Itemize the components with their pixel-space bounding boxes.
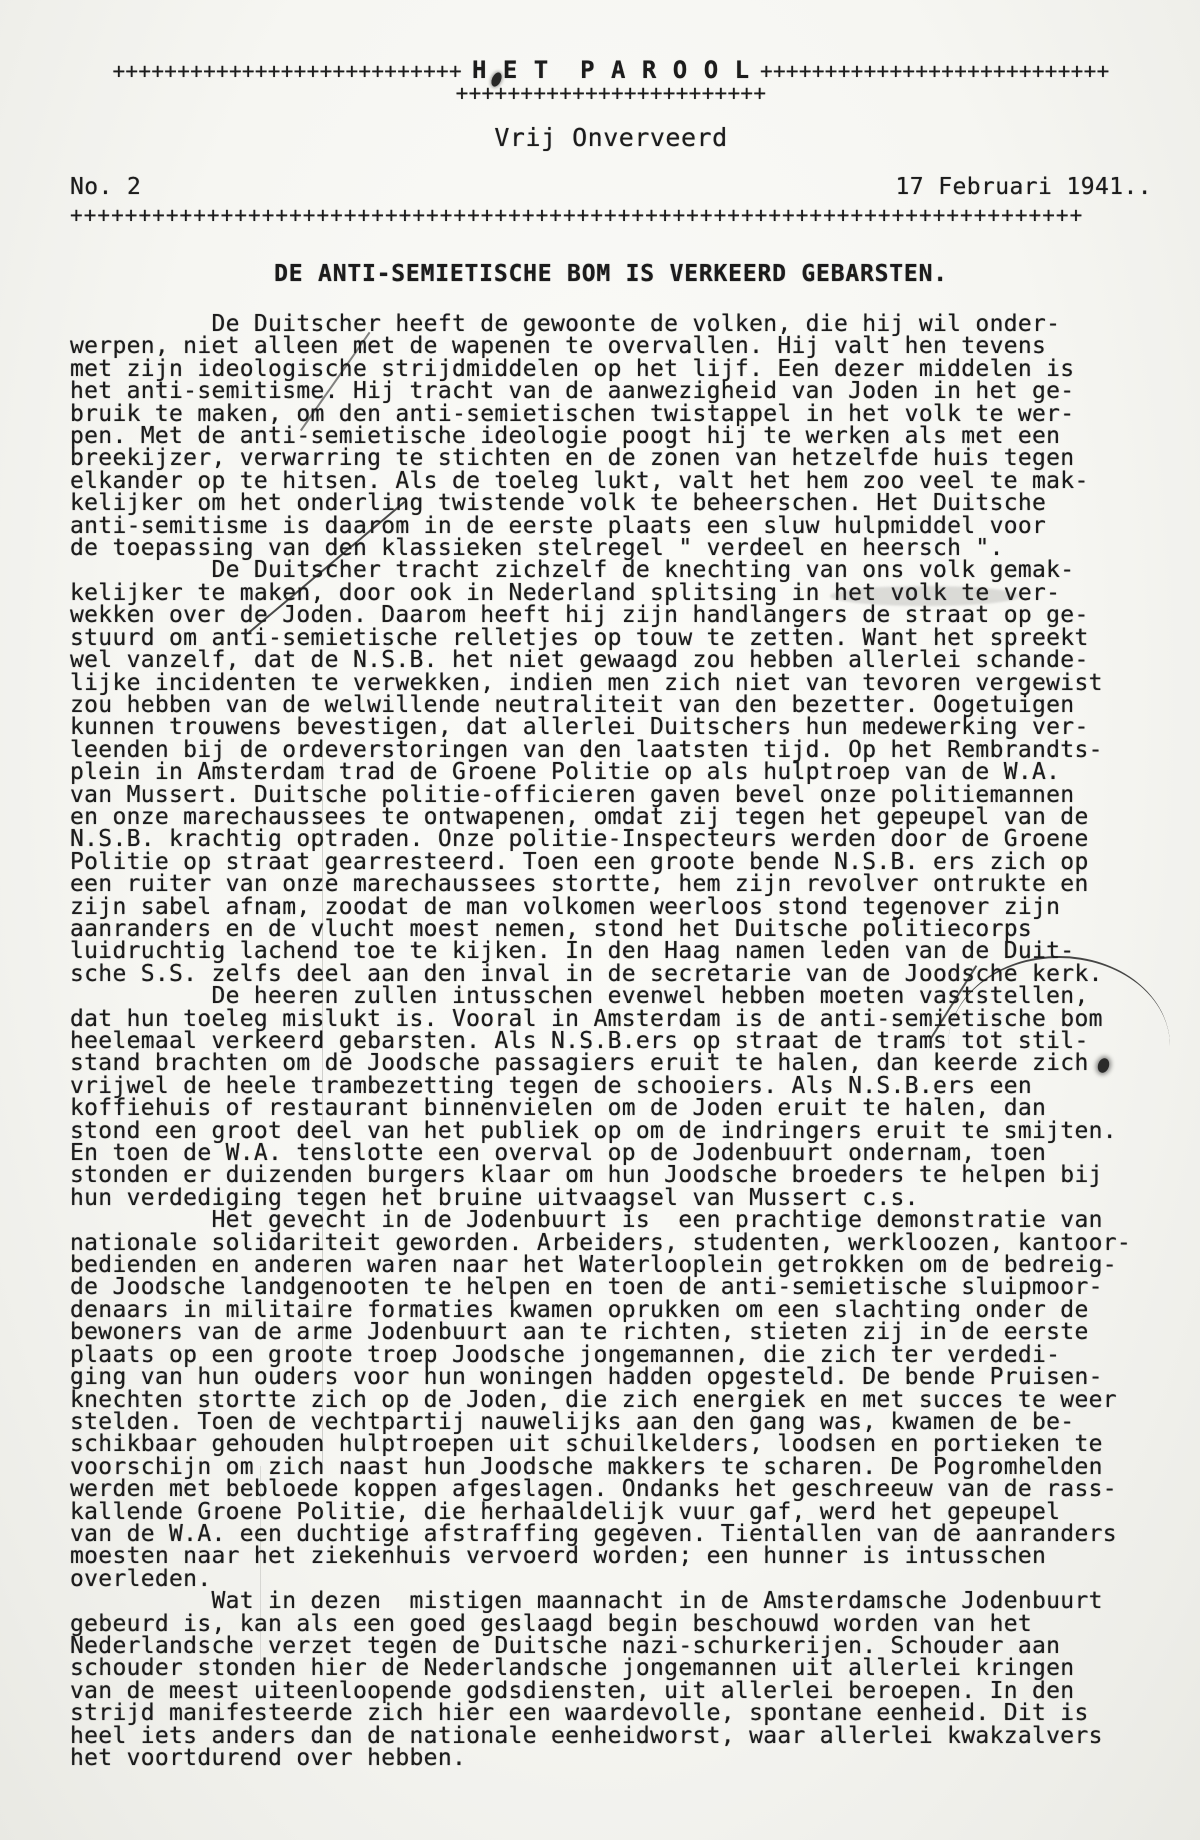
article-line: anti-semitisme is daarom in de eerste pl… xyxy=(70,515,1152,537)
issue-row: No. 2 17 Februari 1941.. xyxy=(70,174,1152,200)
article-line: aanranders en de vlucht moest nemen, sto… xyxy=(70,918,1152,940)
article-line: nationale solidariteit geworden. Arbeide… xyxy=(70,1232,1152,1254)
masthead-left-plusses: +++++++++++++++++++++++++++ xyxy=(112,59,461,83)
article-line: van de W.A. een duchtige afstraffing geg… xyxy=(70,1523,1152,1545)
article-line: voorschijn om zich naast hun Joodsche ma… xyxy=(70,1456,1152,1478)
article-line: stelden. Toen de vechtpartij nauwelijks … xyxy=(70,1411,1152,1433)
article-line: de toepassing van den klassieken stelreg… xyxy=(70,537,1152,559)
article-line: hun verdediging tegen het bruine uitvaag… xyxy=(70,1187,1152,1209)
article-line: stonden er duizenden burgers klaar om hu… xyxy=(70,1164,1152,1186)
article-line: de Joodsche landgenooten te helpen en to… xyxy=(70,1276,1152,1298)
article-line: lijke incidenten te verwekken, indien me… xyxy=(70,672,1152,694)
plus-divider: ++++++++++++++++++++++++++++++++++++++++… xyxy=(70,203,1152,227)
article-line: De Duitscher tracht zichzelf de knechtin… xyxy=(70,559,1152,581)
article-line: bruik te maken, om den anti-semietischen… xyxy=(70,403,1152,425)
article-line: ging van hun ouders voor hun woningen ha… xyxy=(70,1366,1152,1388)
article-line: stand brachten om de Joodsche passagiers… xyxy=(70,1052,1152,1074)
article-line: zou hebben van de welwillende neutralite… xyxy=(70,694,1152,716)
article-line: zijn sabel afnam, zoodat de man volkomen… xyxy=(70,896,1152,918)
article-line: elkander op te hitsen. Als de toeleg luk… xyxy=(70,470,1152,492)
masthead-subline: ++++++++++++++++++++++++ xyxy=(70,83,1152,103)
article-line: plaats op een groote troep Joodsche jong… xyxy=(70,1344,1152,1366)
article-line: dat hun toeleg mislukt is. Vooral in Ams… xyxy=(70,1008,1152,1030)
article-line: het voortdurend over hebben. xyxy=(70,1747,1152,1769)
article-line: kunnen trouwens bevestigen, dat allerlei… xyxy=(70,716,1152,738)
article-line: kelijker te maken, door ook in Nederland… xyxy=(70,582,1152,604)
article-line: sche S.S. zelfs deel aan den inval in de… xyxy=(70,963,1152,985)
article-line: stuurd om anti-semietische relletjes op … xyxy=(70,627,1152,649)
article-line: luidruchtig lachend toe te kijken. In de… xyxy=(70,940,1152,962)
article-line: strijd manifesteerde zich hier een waard… xyxy=(70,1702,1152,1724)
article-line: plein in Amsterdam trad de Groene Politi… xyxy=(70,761,1152,783)
article-line: Wat in dezen mistigen maannacht in de Am… xyxy=(70,1590,1152,1612)
article-line: werpen, niet alleen met de wapenen te ov… xyxy=(70,335,1152,357)
article-line: De heeren zullen intusschen evenwel hebb… xyxy=(70,985,1152,1007)
article-line: met zijn ideologische strijdmiddelen op … xyxy=(70,358,1152,380)
article-line: breekijzer, verwarring te stichten en de… xyxy=(70,447,1152,469)
article-line: En toen de W.A. tenslotte een overval op… xyxy=(70,1142,1152,1164)
article-line: kelijker om het onderling twistende volk… xyxy=(70,492,1152,514)
article-line: bewoners van de arme Jodenbuurt aan te r… xyxy=(70,1321,1152,1343)
document-page: +++++++++++++++++++++++++++H E T P A R O… xyxy=(0,0,1200,1840)
article-line: moesten naar het ziekenhuis vervoerd wor… xyxy=(70,1545,1152,1567)
article-line: van de meest uiteenloopende godsdiensten… xyxy=(70,1680,1152,1702)
article-line: en onze marechaussees te ontwapenen, omd… xyxy=(70,806,1152,828)
article-line: wel vanzelf, dat de N.S.B. het niet gewa… xyxy=(70,649,1152,671)
article-line: overleden. xyxy=(70,1568,1152,1590)
page-content: +++++++++++++++++++++++++++H E T P A R O… xyxy=(0,0,1200,1769)
article-line: schikbaar gehouden hulptroepen uit schui… xyxy=(70,1433,1152,1455)
article-line: van Mussert. Duitsche politie-officieren… xyxy=(70,784,1152,806)
issue-number: No. 2 xyxy=(70,174,141,200)
article-line: pen. Met de anti-semietische ideologie p… xyxy=(70,425,1152,447)
article-line: heel iets anders dan de nationale eenhei… xyxy=(70,1725,1152,1747)
article-line: een ruiter van onze marechaussees stortt… xyxy=(70,873,1152,895)
article-line: knechten stortte zich op de Joden, die z… xyxy=(70,1389,1152,1411)
article-line: Het gevecht in de Jodenbuurt is een prac… xyxy=(70,1209,1152,1231)
issue-date: 17 Februari 1941.. xyxy=(896,174,1152,200)
article-line: bedienden en anderen waren naar het Wate… xyxy=(70,1254,1152,1276)
tagline: Vrij Onverveerd xyxy=(70,123,1152,152)
article-line: werden met bebloede koppen afgeslagen. O… xyxy=(70,1478,1152,1500)
article-line: kallende Groene Politie, die herhaaldeli… xyxy=(70,1501,1152,1523)
article-line: De Duitscher heeft de gewoonte de volken… xyxy=(70,313,1152,335)
masthead-topline: +++++++++++++++++++++++++++H E T P A R O… xyxy=(70,58,1152,83)
article-line: het anti-semitisme. Hij tracht van de aa… xyxy=(70,380,1152,402)
article-line: denaars in militaire formaties kwamen op… xyxy=(70,1299,1152,1321)
article-line: stond een groot deel van het publiek op … xyxy=(70,1120,1152,1142)
article-line: koffiehuis of restaurant binnenvielen om… xyxy=(70,1097,1152,1119)
article-line: heelemaal verkeerd gebarsten. Als N.S.B.… xyxy=(70,1030,1152,1052)
article-line: schouder stonden hier de Nederlandsche j… xyxy=(70,1657,1152,1679)
article-line: leenden bij de ordeverstoringen van den … xyxy=(70,739,1152,761)
headline: DE ANTI-SEMIETISCHE BOM IS VERKEERD GEBA… xyxy=(70,261,1152,287)
masthead-right-plusses: +++++++++++++++++++++++++++ xyxy=(760,59,1109,83)
article-line: Politie op straat gearresteerd. Toen een… xyxy=(70,851,1152,873)
newspaper-title: H E T P A R O O L xyxy=(462,56,760,84)
article-line: vrijwel de heele trambezetting tegen de … xyxy=(70,1075,1152,1097)
article-line: Nederlandsche verzet tegen de Duitsche n… xyxy=(70,1635,1152,1657)
article-line: wekken over de Joden. Daarom heeft hij z… xyxy=(70,604,1152,626)
article-line: gebeurd is, kan als een goed geslaagd be… xyxy=(70,1613,1152,1635)
article-line: N.S.B. krachtig optraden. Onze politie-I… xyxy=(70,828,1152,850)
article-body: De Duitscher heeft de gewoonte de volken… xyxy=(70,313,1152,1769)
